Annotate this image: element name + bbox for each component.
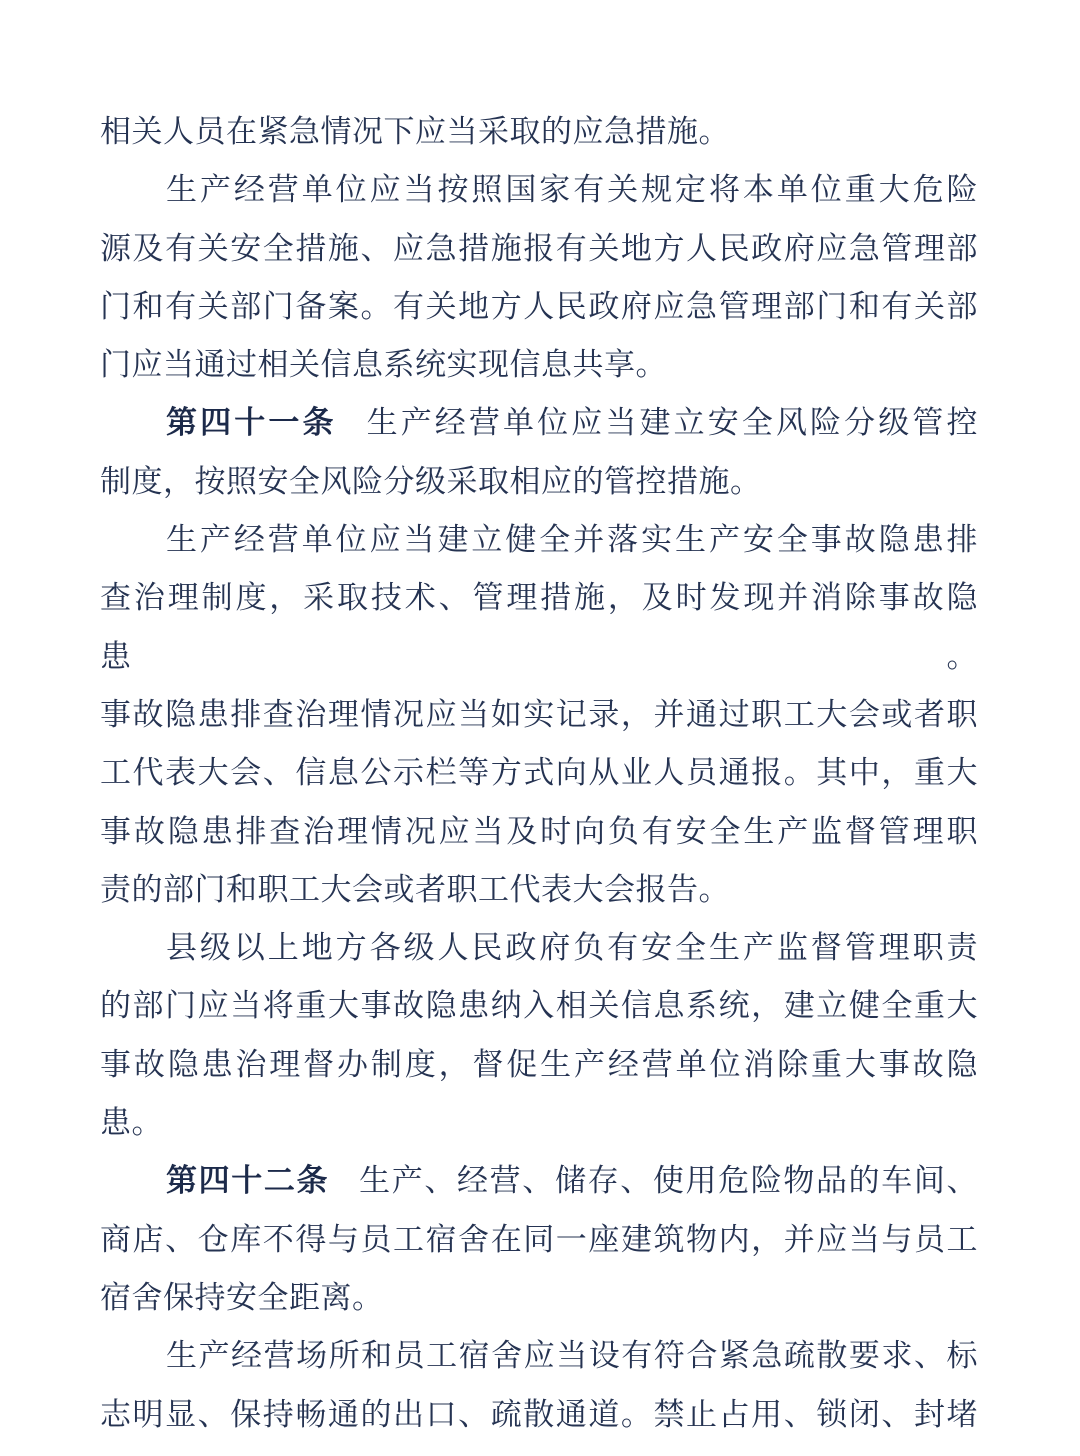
document-page: 相关人员在紧急情况下应当采取的应急措施。生产经营单位应当按照国家有关规定将本单位… (0, 0, 1080, 1456)
text-line-1: 相关人员在紧急情况下应当采取的应急措施。 (100, 103, 978, 161)
line-text: 生产经营场所和员工宿舍应当设有符合紧急疏散要求、标 (166, 1338, 978, 1373)
line-text: 志明显、保持畅通的出口、疏散通道。禁止占用、锁闭、封堵 (100, 1397, 978, 1432)
line-text: 县级以上地方各级人民政府负有安全生产监督管理职责 (166, 930, 978, 965)
text-line-7: 制度，按照安全风险分级采取相应的管控措施。 (100, 453, 978, 511)
line-text: 工代表大会、信息公示栏等方式向从业人员通报。其中，重大 (100, 755, 978, 790)
text-line-4: 门和有关部门备案。有关地方人民政府应急管理部门和有关部 (100, 278, 978, 336)
line-text: 的部门应当将重大事故隐患纳入相关信息系统，建立健全重大 (100, 988, 978, 1023)
text-line-18: 第四十二条生产、经营、储存、使用危险物品的车间、 (100, 1152, 978, 1210)
text-line-8: 生产经营单位应当建立健全并落实生产安全事故隐患排 (100, 511, 978, 569)
text-line-3: 源及有关安全措施、应急措施报有关地方人民政府应急管理部 (100, 220, 978, 278)
line-text: 宿舍保持安全距离。 (100, 1280, 384, 1315)
text-line-21: 生产经营场所和员工宿舍应当设有符合紧急疏散要求、标 (100, 1327, 978, 1385)
line-text: 源及有关安全措施、应急措施报有关地方人民政府应急管理部 (100, 231, 978, 266)
text-line-17: 患。 (100, 1094, 978, 1152)
line-text: 门和有关部门备案。有关地方人民政府应急管理部门和有关部 (100, 289, 978, 324)
text-line-15: 的部门应当将重大事故隐患纳入相关信息系统，建立健全重大 (100, 977, 978, 1035)
text-line-11: 工代表大会、信息公示栏等方式向从业人员通报。其中，重大 (100, 744, 978, 802)
text-line-19: 商店、仓库不得与员工宿舍在同一座建筑物内，并应当与员工 (100, 1211, 978, 1269)
text-line-9: 查治理制度，采取技术、管理措施，及时发现并消除事故隐患。 (100, 569, 978, 686)
text-line-14: 县级以上地方各级人民政府负有安全生产监督管理职责 (100, 919, 978, 977)
line-text: 责的部门和职工大会或者职工代表大会报告。 (100, 872, 730, 907)
text-line-20: 宿舍保持安全距离。 (100, 1269, 978, 1327)
line-text: 查治理制度，采取技术、管理措施，及时发现并消除事故隐患。 (100, 580, 978, 673)
line-text: 相关人员在紧急情况下应当采取的应急措施。 (100, 114, 730, 149)
text-line-12: 事故隐患排查治理情况应当及时向负有安全生产监督管理职 (100, 803, 978, 861)
text-line-16: 事故隐患治理督办制度，督促生产经营单位消除重大事故隐 (100, 1036, 978, 1094)
line-text: 事故隐患治理督办制度，督促生产经营单位消除重大事故隐 (100, 1047, 978, 1082)
line-text: 生产经营单位应当建立健全并落实生产安全事故隐患排 (166, 522, 978, 557)
text-line-10: 事故隐患排查治理情况应当如实记录，并通过职工大会或者职 (100, 686, 978, 744)
text-line-6: 第四十一条生产经营单位应当建立安全风险分级管控 (100, 394, 978, 452)
line-text: 事故隐患排查治理情况应当如实记录，并通过职工大会或者职 (100, 697, 978, 732)
article-number: 第四十一条 (166, 405, 337, 440)
line-text: 制度，按照安全风险分级采取相应的管控措施。 (100, 464, 762, 499)
line-text: 事故隐患排查治理情况应当及时向负有安全生产监督管理职 (100, 814, 978, 849)
text-line-5: 门应当通过相关信息系统实现信息共享。 (100, 336, 978, 394)
article-number: 第四十二条 (166, 1163, 329, 1198)
line-text: 生产经营单位应当按照国家有关规定将本单位重大危险 (166, 172, 978, 207)
text-line-13: 责的部门和职工大会或者职工代表大会报告。 (100, 861, 978, 919)
line-text: 商店、仓库不得与员工宿舍在同一座建筑物内，并应当与员工 (100, 1222, 978, 1257)
line-text: 生产经营单位应当建立安全风险分级管控 (367, 405, 978, 440)
text-line-2: 生产经营单位应当按照国家有关规定将本单位重大危险 (100, 161, 978, 219)
line-text: 生产、经营、储存、使用危险物品的车间、 (359, 1163, 978, 1198)
legal-text-block: 相关人员在紧急情况下应当采取的应急措施。生产经营单位应当按照国家有关规定将本单位… (100, 103, 978, 1444)
text-line-22: 志明显、保持畅通的出口、疏散通道。禁止占用、锁闭、封堵 (100, 1386, 978, 1444)
line-text: 患。 (100, 1105, 163, 1140)
line-text: 门应当通过相关信息系统实现信息共享。 (100, 347, 667, 382)
